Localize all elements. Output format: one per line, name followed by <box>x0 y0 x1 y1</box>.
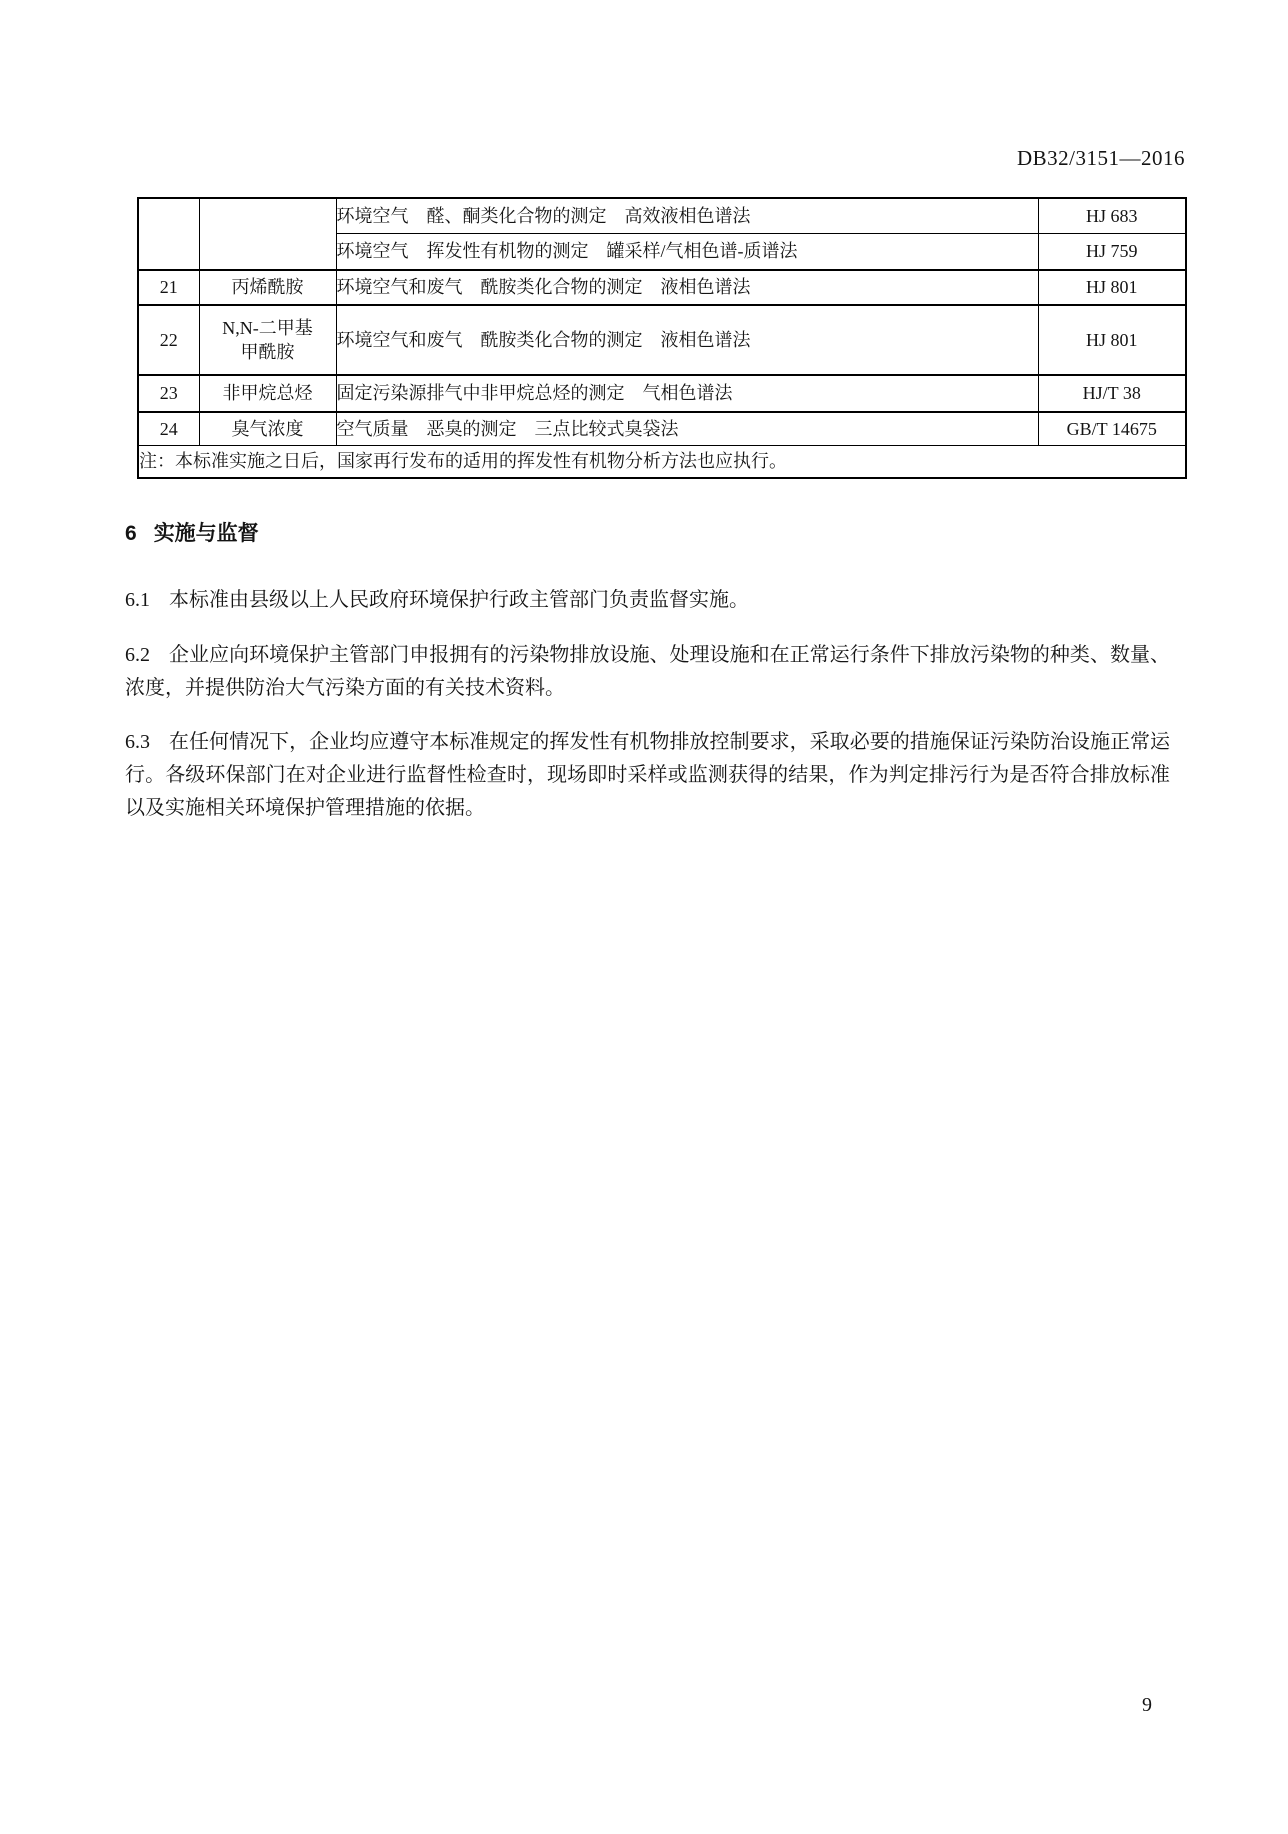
table-cell-method: 固定污染源排气中非甲烷总烃的测定 气相色谱法 <box>336 375 1038 412</box>
table-cell-standard: HJ 801 <box>1038 270 1186 305</box>
table-row: 24 臭气浓度 空气质量 恶臭的测定 三点比较式臭袋法 GB/T 14675 <box>138 412 1186 445</box>
table-row: 环境空气 醛、酮类化合物的测定 高效液相色谱法 HJ 683 <box>138 198 1186 233</box>
paragraph-number: 6.2 <box>125 644 150 666</box>
table-cell-method: 空气质量 恶臭的测定 三点比较式臭袋法 <box>336 412 1038 445</box>
table-cell-no: 24 <box>138 412 199 445</box>
table-cell-standard: HJ/T 38 <box>1038 375 1186 412</box>
table-cell-standard: HJ 801 <box>1038 305 1186 375</box>
table-cell-method: 环境空气和废气 酰胺类化合物的测定 液相色谱法 <box>336 270 1038 305</box>
table-note-row: 注：本标准实施之日后，国家再行发布的适用的挥发性有机物分析方法也应执行。 <box>138 445 1186 478</box>
table-row: 21 丙烯酰胺 环境空气和废气 酰胺类化合物的测定 液相色谱法 HJ 801 <box>138 270 1186 305</box>
table-cell-pollutant <box>199 198 336 270</box>
page-number: 9 <box>1142 1694 1152 1717</box>
section-heading: 6实施与监督 <box>125 517 259 547</box>
table-cell-standard: GB/T 14675 <box>1038 412 1186 445</box>
table-cell-no: 21 <box>138 270 199 305</box>
section-number: 6 <box>125 522 137 545</box>
table-cell-no <box>138 198 199 270</box>
table-cell-pollutant: 非甲烷总烃 <box>199 375 336 412</box>
table-cell-no: 22 <box>138 305 199 375</box>
section-title: 实施与监督 <box>154 522 259 545</box>
table-cell-standard: HJ 683 <box>1038 198 1186 233</box>
document-page: DB32/3151—2016 环境空气 醛、酮类化合物的测定 高效液相色谱法 H… <box>0 0 1288 1834</box>
table-row: 22 N,N-二甲基 甲酰胺 环境空气和废气 酰胺类化合物的测定 液相色谱法 H… <box>138 305 1186 375</box>
table-note: 注：本标准实施之日后，国家再行发布的适用的挥发性有机物分析方法也应执行。 <box>138 445 1186 478</box>
table-cell-method: 环境空气和废气 酰胺类化合物的测定 液相色谱法 <box>336 305 1038 375</box>
doc-number-header: DB32/3151—2016 <box>0 146 1185 171</box>
table-cell-no: 23 <box>138 375 199 412</box>
paragraph-text: 本标准由县级以上人民政府环境保护行政主管部门负责监督实施。 <box>169 589 749 611</box>
table-cell-method: 环境空气 醛、酮类化合物的测定 高效液相色谱法 <box>336 198 1038 233</box>
paragraph-6-2: 6.2企业应向环境保护主管部门申报拥有的污染物排放设施、处理设施和在正常运行条件… <box>125 639 1170 705</box>
paragraph-number: 6.1 <box>125 589 150 611</box>
paragraph-6-3: 6.3在任何情况下，企业均应遵守本标准规定的挥发性有机物排放控制要求，采取必要的… <box>125 726 1170 825</box>
paragraph-number: 6.3 <box>125 731 150 753</box>
table-cell-pollutant: 臭气浓度 <box>199 412 336 445</box>
analysis-methods-table: 环境空气 醛、酮类化合物的测定 高效液相色谱法 HJ 683 环境空气 挥发性有… <box>137 197 1187 479</box>
table-cell-method: 环境空气 挥发性有机物的测定 罐采样/气相色谱-质谱法 <box>336 233 1038 270</box>
table-cell-pollutant: 丙烯酰胺 <box>199 270 336 305</box>
table-cell-standard: HJ 759 <box>1038 233 1186 270</box>
paragraph-text: 企业应向环境保护主管部门申报拥有的污染物排放设施、处理设施和在正常运行条件下排放… <box>125 644 1170 699</box>
table-row: 23 非甲烷总烃 固定污染源排气中非甲烷总烃的测定 气相色谱法 HJ/T 38 <box>138 375 1186 412</box>
table-cell-pollutant: N,N-二甲基 甲酰胺 <box>199 305 336 375</box>
paragraph-6-1: 6.1本标准由县级以上人民政府环境保护行政主管部门负责监督实施。 <box>125 584 1170 617</box>
paragraph-text: 在任何情况下，企业均应遵守本标准规定的挥发性有机物排放控制要求，采取必要的措施保… <box>125 731 1170 819</box>
